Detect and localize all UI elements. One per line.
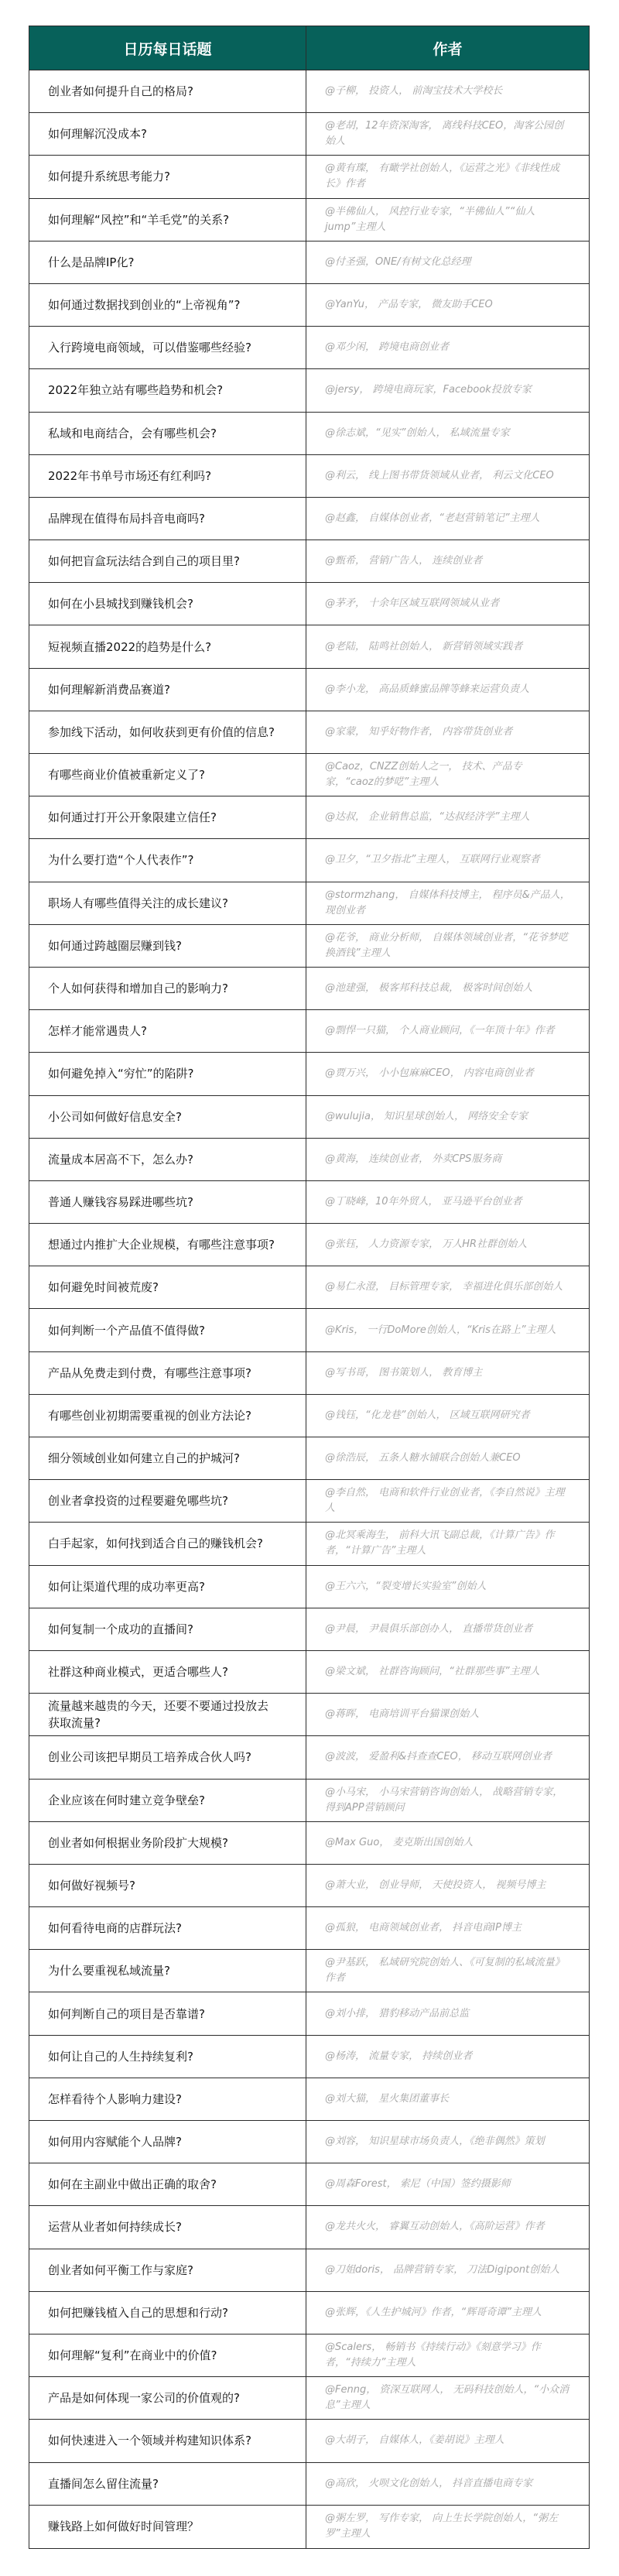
author-cell: @wulujia， 知识星球创始人， 网络安全专家 bbox=[306, 1096, 589, 1138]
table-row: 如何避免掉入“穷忙”的陷阱? @贾万兴， 小小包麻麻CEO， 内容电商创业者 bbox=[29, 1053, 589, 1095]
topic-cell: 如何复制一个成功的直播间? bbox=[29, 1608, 306, 1650]
table-row: 普通人赚钱容易踩进哪些坑? @丁晓峰，10年外贸人， 亚马逊平台创业者 bbox=[29, 1181, 589, 1224]
table-body: 创业者如何提升自己的格局? @子柳， 投资人， 前淘宝技术大学校长 如何理解沉没… bbox=[29, 70, 589, 2548]
author-cell: @达叔， 企业销售总监，“达叔经济学”主理人 bbox=[306, 796, 589, 838]
topic-cell: 如何避免时间被荒废? bbox=[29, 1266, 306, 1308]
author-cell: @王六六，“裂变增长实验室”创始人 bbox=[306, 1566, 589, 1608]
topic-cell: 创业者如何根据业务阶段扩大规模? bbox=[29, 1822, 306, 1864]
topic-cell: 如何避免掉入“穷忙”的陷阱? bbox=[29, 1053, 306, 1094]
author-cell: @赵鑫， 自媒体创业者，“老赵营销笔记”主理人 bbox=[306, 498, 589, 540]
topic-cell: 如何通过数据找到创业的“上帝视角”? bbox=[29, 284, 306, 326]
author-cell: @茅矛， 十余年区域互联网领域从业者 bbox=[306, 583, 589, 625]
author-cell: @刘大猫， 星火集团董事长 bbox=[306, 2078, 589, 2120]
table-row: 为什么要重视私域流量? @尹基跃， 私域研究院创始人、《可复制的私域流量》作者 bbox=[29, 1950, 589, 1992]
topic-cell: 为什么要重视私域流量? bbox=[29, 1950, 306, 1992]
topic-cell: 创业公司该把早期员工培养成合伙人吗? bbox=[29, 1736, 306, 1778]
table-row: 直播间怎么留住流量? @高欣， 火呗文化创始人， 抖音直播电商专家 bbox=[29, 2463, 589, 2506]
author-cell: @贾万兴， 小小包麻麻CEO， 内容电商创业者 bbox=[306, 1053, 589, 1094]
table-row: 短视频直播2022的趋势是什么? @老陆， 陆鸣社创始人， 新营销领域实践者 bbox=[29, 625, 589, 668]
topic-cell: 赚钱路上如何做好时间管理？ bbox=[29, 2506, 306, 2548]
topic-cell: 想通过内推扩大企业规模，有哪些注意事项? bbox=[29, 1224, 306, 1266]
author-cell: @张钰， 人力资源专家， 万人HR社群创始人 bbox=[306, 1224, 589, 1266]
topic-cell: 有哪些商业价值被重新定义了? bbox=[29, 754, 306, 796]
topic-cell: 运营从业者如何持续成长? bbox=[29, 2206, 306, 2248]
author-cell: @钱钰，“化龙巷”创始人， 区域互联网研究者 bbox=[306, 1395, 589, 1437]
author-cell: @尹晨， 尹晨俱乐部创办人， 直播带货创业者 bbox=[306, 1608, 589, 1650]
table-row: 如何判断一个产品值不值得做? @Kris， 一行DoMore创始人，“Kris在… bbox=[29, 1309, 589, 1351]
table-row: 如何让渠道代理的成功率更高? @王六六，“裂变增长实验室”创始人 bbox=[29, 1566, 589, 1608]
table-row: 细分领域创业如何建立自己的护城河? @徐浩辰， 五条人糖水铺联合创始人兼CEO bbox=[29, 1437, 589, 1480]
topic-cell: 企业应该在何时建立竞争壁垒? bbox=[29, 1780, 306, 1821]
table-row: 创业公司该把早期员工培养成合伙人吗? @波波， 爱盈利&抖查查CEO， 移动互联… bbox=[29, 1736, 589, 1779]
topic-cell: 如何在小县城找到赚钱机会? bbox=[29, 583, 306, 625]
table-row: 如何判断自己的项目是否靠谱? @刘小排， 猎豹移动产品前总监 bbox=[29, 1992, 589, 2035]
table-row: 如何看待电商的店群玩法? @孤狼， 电商领域创业者， 抖音电商IP博主 bbox=[29, 1907, 589, 1950]
table-row: 如何通过数据找到创业的“上帝视角”? @YanYu， 产品专家， 微友助手CEO bbox=[29, 284, 589, 327]
table-row: 私域和电商结合，会有哪些机会? @徐志斌，“见实”创始人， 私域流量专家 bbox=[29, 413, 589, 455]
author-cell: @YanYu， 产品专家， 微友助手CEO bbox=[306, 284, 589, 326]
author-cell: @张辉，《人生护城河》作者，“辉哥奇谭”主理人 bbox=[306, 2292, 589, 2334]
topic-cell: 职场人有哪些值得关注的成长建议? bbox=[29, 882, 306, 924]
topic-cell: 如何用内容赋能个人品牌? bbox=[29, 2121, 306, 2163]
topic-cell: 个人如何获得和增加自己的影响力? bbox=[29, 968, 306, 1009]
table-row: 社群这种商业模式，更适合哪些人? @梁文斌， 社群咨询顾问，“社群那些事”主理人 bbox=[29, 1651, 589, 1694]
topic-cell: 产品是如何体现一家公司的价值观的? bbox=[29, 2377, 306, 2419]
author-cell: @梁文斌， 社群咨询顾问，“社群那些事”主理人 bbox=[306, 1651, 589, 1693]
table-row: 什么是品牌IP化? @付圣强，ONE/有树文化总经理 bbox=[29, 241, 589, 284]
topic-cell: 怎样才能常遇贵人? bbox=[29, 1010, 306, 1052]
author-cell: @Max Guo， 麦克斯出国创始人 bbox=[306, 1822, 589, 1864]
table-row: 品牌现在值得布局抖音电商吗? @赵鑫， 自媒体创业者，“老赵营销笔记”主理人 bbox=[29, 498, 589, 540]
author-cell: @龙共火火， 睿翼互动创始人，《高阶运营》作者 bbox=[306, 2206, 589, 2248]
author-cell: @邓少闲， 跨境电商创业者 bbox=[306, 327, 589, 368]
topic-cell: 参加线下活动，如何收获到更有价值的信息? bbox=[29, 711, 306, 753]
table-row: 创业者如何平衡工作与家庭? @刀姐doris， 品牌营销专家， 刀法Digipo… bbox=[29, 2249, 589, 2292]
table-row: 参加线下活动，如何收获到更有价值的信息? @家蒙， 知乎好物作者， 内容带货创业… bbox=[29, 711, 589, 754]
table-row: 个人如何获得和增加自己的影响力? @池建强， 极客邦科技总裁， 极客时间创始人 bbox=[29, 968, 589, 1010]
author-cell: @丁晓峰，10年外贸人， 亚马逊平台创业者 bbox=[306, 1181, 589, 1223]
topic-cell: 为什么要打造“个人代表作”? bbox=[29, 839, 306, 881]
topic-cell: 创业者拿投资的过程要避免哪些坑? bbox=[29, 1480, 306, 1522]
author-cell: @徐志斌，“见实”创始人， 私域流量专家 bbox=[306, 413, 589, 454]
author-cell: @卫夕，“卫夕指北”主理人， 互联网行业观察者 bbox=[306, 839, 589, 881]
topic-cell: 怎样看待个人影响力建设? bbox=[29, 2078, 306, 2120]
table-row: 流量成本居高不下，怎么办? @黄海， 连续创业者， 外卖CPS服务商 bbox=[29, 1139, 589, 1181]
author-cell: @Caoz，CNZZ创始人之一， 技术、产品专家，“caoz的梦呓”主理人 bbox=[306, 754, 589, 796]
author-cell: @利云， 线上图书带货领域从业者， 利云文化CEO bbox=[306, 455, 589, 497]
topic-cell: 如何理解新消费品赛道? bbox=[29, 669, 306, 711]
table-row: 创业者拿投资的过程要避免哪些坑? @李自然， 电商和软件行业创业者，《李自然说》… bbox=[29, 1480, 589, 1523]
table-row: 如何快速进入一个领域并构建知识体系? @大胡子， 自媒体人，《姜胡说》主理人 bbox=[29, 2420, 589, 2462]
table-row: 如何在主副业中做出正确的取舍? @周森Forest， 索尼（中国）签约摄影师 bbox=[29, 2163, 589, 2206]
table-row: 如何做好视频号? @萧大业， 创业导师， 天使投资人， 视频号博主 bbox=[29, 1865, 589, 1907]
table-row: 为什么要打造“个人代表作”? @卫夕，“卫夕指北”主理人， 互联网行业观察者 bbox=[29, 839, 589, 882]
topic-cell: 如何理解“复利”在商业中的价值? bbox=[29, 2334, 306, 2376]
author-cell: @尹基跃， 私域研究院创始人、《可复制的私域流量》作者 bbox=[306, 1950, 589, 1992]
table-row: 入行跨境电商领域，可以借鉴哪些经验? @邓少闲， 跨境电商创业者 bbox=[29, 327, 589, 369]
table-row: 创业者如何根据业务阶段扩大规模? @Max Guo， 麦克斯出国创始人 bbox=[29, 1822, 589, 1865]
author-cell: @Kris， 一行DoMore创始人，“Kris在路上”主理人 bbox=[306, 1309, 589, 1351]
author-cell: @写书哥， 图书策划人， 教育博主 bbox=[306, 1352, 589, 1394]
author-cell: @Fenng， 资深互联网人， 无码科技创始人，“小众消息”主理人 bbox=[306, 2377, 589, 2419]
topic-cell: 如何理解沉没成本? bbox=[29, 113, 306, 155]
topic-cell: 流量成本居高不下，怎么办? bbox=[29, 1139, 306, 1180]
topic-cell: 如何让渠道代理的成功率更高? bbox=[29, 1566, 306, 1608]
table-row: 小公司如何做好信息安全? @wulujia， 知识星球创始人， 网络安全专家 bbox=[29, 1096, 589, 1139]
author-cell: @小马宋， 小马宋营销咨询创始人， 战略营销专家， 得到APP营销顾问 bbox=[306, 1780, 589, 1821]
table-row: 如何在小县城找到赚钱机会? @茅矛， 十余年区域互联网领域从业者 bbox=[29, 583, 589, 625]
topic-cell: 私域和电商结合，会有哪些机会? bbox=[29, 413, 306, 454]
topic-cell: 社群这种商业模式，更适合哪些人? bbox=[29, 1651, 306, 1693]
author-cell: @杨涛， 流量专家， 持续创业者 bbox=[306, 2036, 589, 2078]
topic-cell: 创业者如何平衡工作与家庭? bbox=[29, 2249, 306, 2291]
table-row: 产品从免费走到付费，有哪些注意事项? @写书哥， 图书策划人， 教育博主 bbox=[29, 1352, 589, 1395]
author-cell: @粥左罗， 写作专家， 向上生长学院创始人，“粥左罗”主理人 bbox=[306, 2506, 589, 2548]
column-header-author: 作者 bbox=[306, 26, 589, 70]
author-cell: @刘容， 知识星球市场负责人，《绝非偶然》策划 bbox=[306, 2121, 589, 2163]
topic-cell: 创业者如何提升自己的格局? bbox=[29, 70, 306, 112]
topic-cell: 如何提升系统思考能力? bbox=[29, 156, 306, 197]
author-cell: @周森Forest， 索尼（中国）签约摄影师 bbox=[306, 2163, 589, 2205]
table-row: 产品是如何体现一家公司的价值观的? @Fenng， 资深互联网人， 无码科技创始… bbox=[29, 2377, 589, 2420]
topic-cell: 短视频直播2022的趋势是什么? bbox=[29, 625, 306, 667]
table-row: 职场人有哪些值得关注的成长建议? @stormzhang， 自媒体科技博主， 程… bbox=[29, 882, 589, 925]
table-row: 如何理解“风控”和“羊毛党”的关系? @半佛仙人， 风控行业专家，“半佛仙人”“… bbox=[29, 199, 589, 241]
author-cell: @Scalers， 畅销书《持续行动》《刻意学习》作者，“持续力”主理人 bbox=[306, 2334, 589, 2376]
author-cell: @高欣， 火呗文化创始人， 抖音直播电商专家 bbox=[306, 2463, 589, 2505]
topic-cell: 如何判断自己的项目是否靠谱? bbox=[29, 1992, 306, 2034]
author-cell: @刀姐doris， 品牌营销专家， 刀法Digipont创始人 bbox=[306, 2249, 589, 2291]
table-row: 如何提升系统思考能力? @黄有璨， 有瞰学社创始人，《运营之光》《非线性成长》作… bbox=[29, 156, 589, 198]
table-row: 白手起家，如何找到适合自己的赚钱机会? @北冥乘海生， 前科大讯飞副总裁，《计算… bbox=[29, 1523, 589, 1565]
author-cell: @付圣强，ONE/有树文化总经理 bbox=[306, 241, 589, 283]
table-row: 2022年独立站有哪些趋势和机会? @jersy， 跨境电商玩家，Faceboo… bbox=[29, 369, 589, 412]
table-row: 有哪些创业初期需要重视的创业方法论? @钱钰，“化龙巷”创始人， 区域互联网研究… bbox=[29, 1395, 589, 1437]
table-row: 企业应该在何时建立竞争壁垒? @小马宋， 小马宋营销咨询创始人， 战略营销专家，… bbox=[29, 1780, 589, 1822]
author-cell: @徐浩辰， 五条人糖水铺联合创始人兼CEO bbox=[306, 1437, 589, 1479]
topic-cell: 普通人赚钱容易踩进哪些坑? bbox=[29, 1181, 306, 1223]
topic-cell: 白手起家，如何找到适合自己的赚钱机会? bbox=[29, 1523, 306, 1564]
table-row: 如何通过跨越圈层赚到钱? @花爷， 商业分析师， 自媒体领域创业者，“花爷梦呓换… bbox=[29, 925, 589, 968]
table-row: 运营从业者如何持续成长? @龙共火火， 睿翼互动创始人，《高阶运营》作者 bbox=[29, 2206, 589, 2249]
table-row: 如何让自己的人生持续复利? @杨涛， 流量专家， 持续创业者 bbox=[29, 2036, 589, 2078]
author-cell: @李小龙， 高品质蜂蜜品牌等蜂来运营负责人 bbox=[306, 669, 589, 711]
author-cell: @甄希， 营销广告人， 连续创业者 bbox=[306, 540, 589, 582]
topic-cell: 如何在主副业中做出正确的取舍? bbox=[29, 2163, 306, 2205]
author-cell: @北冥乘海生， 前科大讯飞副总裁，《计算广告》作者，“计算广告”主理人 bbox=[306, 1523, 589, 1564]
author-cell: @黄海， 连续创业者， 外卖CPS服务商 bbox=[306, 1139, 589, 1180]
topic-cell: 2022年独立站有哪些趋势和机会? bbox=[29, 369, 306, 411]
author-cell: @子柳， 投资人， 前淘宝技术大学校长 bbox=[306, 70, 589, 112]
topic-cell: 如何快速进入一个领域并构建知识体系? bbox=[29, 2420, 306, 2461]
author-cell: @蒋晖， 电商培训平台猫课创始人 bbox=[306, 1694, 589, 1735]
table-row: 如何通过打开公开象限建立信任? @达叔， 企业销售总监，“达叔经济学”主理人 bbox=[29, 796, 589, 839]
topic-cell: 如何让自己的人生持续复利? bbox=[29, 2036, 306, 2078]
topics-table: 日历每日话题 作者 创业者如何提升自己的格局? @子柳， 投资人， 前淘宝技术大… bbox=[29, 26, 590, 2549]
topic-cell: 小公司如何做好信息安全? bbox=[29, 1096, 306, 1138]
topic-cell: 如何做好视频号? bbox=[29, 1865, 306, 1906]
author-cell: @stormzhang， 自媒体科技博主， 程序员&产品人， 现创业者 bbox=[306, 882, 589, 924]
topic-cell: 如何判断一个产品值不值得做? bbox=[29, 1309, 306, 1351]
table-row: 想通过内推扩大企业规模，有哪些注意事项? @张钰， 人力资源专家， 万人HR社群… bbox=[29, 1224, 589, 1266]
topic-cell: 如何看待电商的店群玩法? bbox=[29, 1907, 306, 1949]
author-cell: @花爷， 商业分析师， 自媒体领域创业者，“花爷梦呓换酒钱”主理人 bbox=[306, 925, 589, 967]
topic-cell: 产品从免费走到付费，有哪些注意事项? bbox=[29, 1352, 306, 1394]
topic-cell: 如何通过跨越圈层赚到钱? bbox=[29, 925, 306, 967]
topic-cell: 品牌现在值得布局抖音电商吗? bbox=[29, 498, 306, 540]
topic-cell: 如何理解“风控”和“羊毛党”的关系? bbox=[29, 199, 306, 241]
topic-cell: 细分领域创业如何建立自己的护城河? bbox=[29, 1437, 306, 1479]
topic-cell: 直播间怎么留住流量? bbox=[29, 2463, 306, 2505]
topic-cell: 有哪些创业初期需要重视的创业方法论? bbox=[29, 1395, 306, 1437]
topic-cell: 流量越来越贵的今天，还要不要通过投放去获取流量? bbox=[29, 1694, 306, 1735]
table-row: 创业者如何提升自己的格局? @子柳， 投资人， 前淘宝技术大学校长 bbox=[29, 70, 589, 113]
table-row: 如何理解沉没成本? @老胡，12年资深淘客， 离线科技CEO，淘客公园创始人 bbox=[29, 113, 589, 156]
table-header: 日历每日话题 作者 bbox=[29, 26, 589, 70]
table-row: 怎样才能常遇贵人? @剽悍一只猫， 个人商业顾问，《一年顶十年》作者 bbox=[29, 1010, 589, 1053]
column-header-topic: 日历每日话题 bbox=[29, 26, 306, 70]
author-cell: @大胡子， 自媒体人，《姜胡说》主理人 bbox=[306, 2420, 589, 2461]
topic-cell: 如何把赚钱植入自己的思想和行动? bbox=[29, 2292, 306, 2334]
author-cell: @半佛仙人， 风控行业专家，“半佛仙人”“仙人jump”主理人 bbox=[306, 199, 589, 241]
table-row: 如何避免时间被荒废? @易仁永澄， 目标管理专家， 幸福进化俱乐部创始人 bbox=[29, 1266, 589, 1309]
author-cell: @家蒙， 知乎好物作者， 内容带货创业者 bbox=[306, 711, 589, 753]
author-cell: @老胡，12年资深淘客， 离线科技CEO，淘客公园创始人 bbox=[306, 113, 589, 155]
author-cell: @萧大业， 创业导师， 天使投资人， 视频号博主 bbox=[306, 1865, 589, 1906]
author-cell: @刘小排， 猎豹移动产品前总监 bbox=[306, 1992, 589, 2034]
table-row: 如何把赚钱植入自己的思想和行动? @张辉，《人生护城河》作者，“辉哥奇谭”主理人 bbox=[29, 2292, 589, 2334]
table-row: 赚钱路上如何做好时间管理？ @粥左罗， 写作专家， 向上生长学院创始人，“粥左罗… bbox=[29, 2506, 589, 2548]
topic-cell: 什么是品牌IP化? bbox=[29, 241, 306, 283]
author-cell: @孤狼， 电商领域创业者， 抖音电商IP博主 bbox=[306, 1907, 589, 1949]
topic-cell: 入行跨境电商领域，可以借鉴哪些经验? bbox=[29, 327, 306, 368]
topic-cell: 2022年书单号市场还有红利吗? bbox=[29, 455, 306, 497]
author-cell: @易仁永澄， 目标管理专家， 幸福进化俱乐部创始人 bbox=[306, 1266, 589, 1308]
topic-cell: 如何把盲盒玩法结合到自己的项目里? bbox=[29, 540, 306, 582]
topic-cell: 如何通过打开公开象限建立信任? bbox=[29, 796, 306, 838]
author-cell: @李自然， 电商和软件行业创业者，《李自然说》主理人 bbox=[306, 1480, 589, 1522]
table-row: 流量越来越贵的今天，还要不要通过投放去获取流量? @蒋晖， 电商培训平台猫课创始… bbox=[29, 1694, 589, 1736]
table-row: 如何把盲盒玩法结合到自己的项目里? @甄希， 营销广告人， 连续创业者 bbox=[29, 540, 589, 583]
table-row: 如何理解“复利”在商业中的价值? @Scalers， 畅销书《持续行动》《刻意学… bbox=[29, 2334, 589, 2377]
table-row: 怎样看待个人影响力建设? @刘大猫， 星火集团董事长 bbox=[29, 2078, 589, 2121]
author-cell: @老陆， 陆鸣社创始人， 新营销领域实践者 bbox=[306, 625, 589, 667]
table-row: 如何复制一个成功的直播间? @尹晨， 尹晨俱乐部创办人， 直播带货创业者 bbox=[29, 1608, 589, 1651]
author-cell: @黄有璨， 有瞰学社创始人，《运营之光》《非线性成长》作者 bbox=[306, 156, 589, 197]
table-row: 有哪些商业价值被重新定义了? @Caoz，CNZZ创始人之一， 技术、产品专家，… bbox=[29, 754, 589, 796]
author-cell: @剽悍一只猫， 个人商业顾问，《一年顶十年》作者 bbox=[306, 1010, 589, 1052]
author-cell: @jersy， 跨境电商玩家，Facebook投放专家 bbox=[306, 369, 589, 411]
table-row: 如何用内容赋能个人品牌? @刘容， 知识星球市场负责人，《绝非偶然》策划 bbox=[29, 2121, 589, 2163]
author-cell: @波波， 爱盈利&抖查查CEO， 移动互联网创业者 bbox=[306, 1736, 589, 1778]
table-row: 如何理解新消费品赛道? @李小龙， 高品质蜂蜜品牌等蜂来运营负责人 bbox=[29, 669, 589, 711]
table-row: 2022年书单号市场还有红利吗? @利云， 线上图书带货领域从业者， 利云文化C… bbox=[29, 455, 589, 498]
author-cell: @池建强， 极客邦科技总裁， 极客时间创始人 bbox=[306, 968, 589, 1009]
